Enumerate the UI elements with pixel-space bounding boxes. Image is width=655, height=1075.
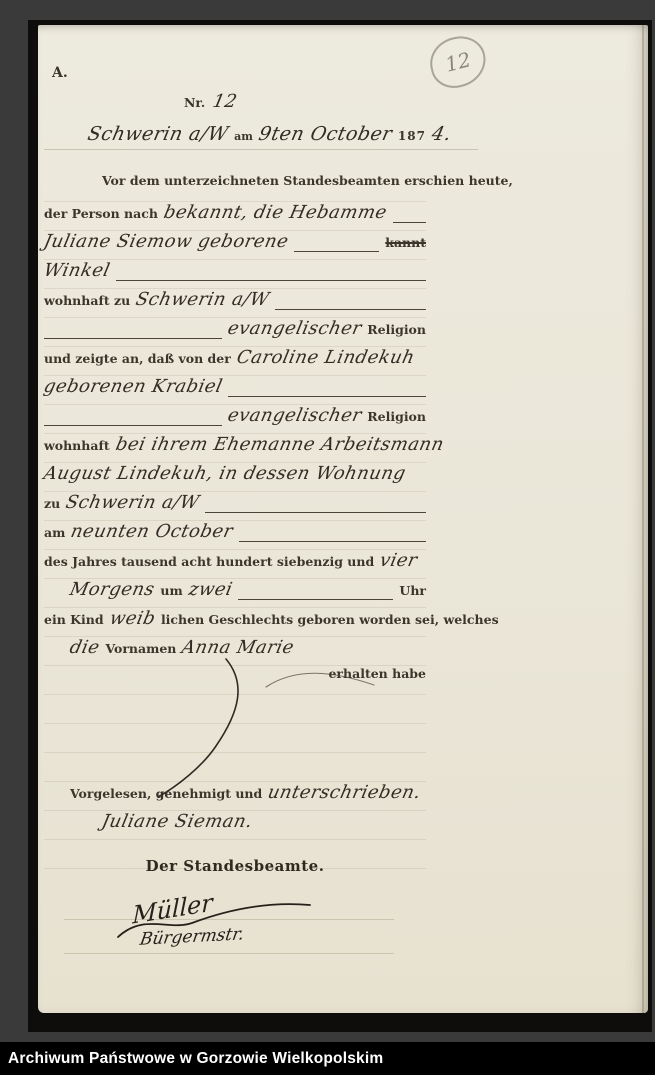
printed-text: um xyxy=(160,583,182,598)
document-line: der Person nachbekannt, die Hebamme xyxy=(44,202,426,231)
scan-viewport: A. 12 Nr. 12 Schwerin a/W am 9ten Octobe… xyxy=(0,0,655,1075)
document-line: evangelischerReligion xyxy=(44,405,426,434)
pencil-page-number-value: 12 xyxy=(443,47,474,76)
form-corner-label: A. xyxy=(52,65,68,81)
document-line: Juliane Sieman. xyxy=(44,811,426,840)
printed-text: des Jahres tausend acht hundert siebenzi… xyxy=(44,554,374,569)
dateline-year-written: 4. xyxy=(430,123,454,145)
hand-text: vier xyxy=(378,550,420,571)
document-line: geborenen Krabiel xyxy=(44,376,426,405)
strike-text: kannt xyxy=(385,235,426,250)
officiant-heading: Der Standesbeamte. xyxy=(44,857,426,875)
printed-text: Religion xyxy=(367,322,426,337)
hand-text: zwei xyxy=(186,579,234,600)
hand-text: neunten October xyxy=(69,521,235,542)
hand-text: Schwerin a/W xyxy=(64,492,202,513)
document-line: und zeigte an, daß von derCaroline Linde… xyxy=(44,347,426,376)
fill-in-rule xyxy=(238,597,393,600)
binding-crease xyxy=(642,25,644,1013)
record-number-label: Nr. xyxy=(184,95,205,110)
fill-in-rule xyxy=(393,220,426,223)
document-line: evangelischerReligion xyxy=(44,318,426,347)
fill-in-rule xyxy=(44,423,222,426)
hand-text: Morgens xyxy=(68,579,157,600)
fill-in-rule xyxy=(205,510,426,513)
printed-text: Vor dem unterzeichneten Standesbeamten e… xyxy=(102,173,513,188)
printed-text: der Person nach xyxy=(44,206,158,221)
document-line: wohnhaftbei ihrem Ehemanne Arbeitsmann xyxy=(44,434,426,463)
fill-in-rule xyxy=(294,249,379,252)
officiant-block: Der Standesbeamte. Müller Bürgermstr. xyxy=(44,851,426,875)
dateline-year-printed: 187 xyxy=(398,129,426,143)
hand-text: bekannt, die Hebamme xyxy=(162,202,389,223)
printed-text: am xyxy=(44,525,65,540)
document-page: A. 12 Nr. 12 Schwerin a/W am 9ten Octobe… xyxy=(38,25,648,1013)
hand-text: Juliane Sieman. xyxy=(100,811,255,832)
printed-text: Uhr xyxy=(399,583,426,598)
signature-rule xyxy=(64,953,394,954)
document-line: MorgensumzweiUhr xyxy=(44,579,426,608)
dateline-place: Schwerin a/W xyxy=(86,123,231,145)
printed-text: wohnhaft zu xyxy=(44,293,130,308)
pen-stroke-mark xyxy=(128,621,398,806)
fill-in-rule xyxy=(44,336,222,339)
fill-in-rule xyxy=(239,539,426,542)
document-line: wohnhaft zuSchwerin a/W xyxy=(44,289,426,318)
printed-text: wohnhaft xyxy=(44,438,110,453)
fill-in-rule xyxy=(116,278,426,281)
document-line: Winkel xyxy=(44,260,426,289)
archive-footer-bar: Archiwum Państwowe w Gorzowie Wielkopols… xyxy=(0,1042,655,1075)
dateline-am-label: am xyxy=(234,130,253,143)
pencil-page-number: 12 xyxy=(425,31,491,93)
dateline-day: 9ten October xyxy=(257,123,395,145)
hand-text: Caroline Lindekuh xyxy=(235,347,417,368)
record-number-line: Nr. 12 xyxy=(184,91,237,112)
hand-text: Juliane Siemow geborene xyxy=(42,231,291,252)
document-line: amneunten October xyxy=(44,521,426,550)
hand-text: geborenen Krabiel xyxy=(42,376,225,397)
document-line: des Jahres tausend acht hundert siebenzi… xyxy=(44,550,426,579)
printed-text: und zeigte an, daß von der xyxy=(44,351,231,366)
printed-text: zu xyxy=(44,496,60,511)
archive-footer-label: Archiwum Państwowe w Gorzowie Wielkopols… xyxy=(0,1050,383,1068)
hand-text: Winkel xyxy=(42,260,112,281)
printed-text: Religion xyxy=(367,409,426,424)
hand-text: evangelischer xyxy=(225,318,363,339)
document-line: zuSchwerin a/W xyxy=(44,492,426,521)
printed-text: ein Kind xyxy=(44,612,104,627)
document-line: Juliane Siemow geborenekannt xyxy=(44,231,426,260)
hand-text: evangelischer xyxy=(225,405,363,426)
record-number-value: 12 xyxy=(211,91,239,112)
hand-text: bei ihrem Ehemanne Arbeitsmann xyxy=(113,434,445,455)
clerk-title-signature: Bürgermstr. xyxy=(138,924,245,950)
hand-text: die xyxy=(68,637,102,658)
fill-in-rule xyxy=(228,394,426,397)
document-line: Vor dem unterzeichneten Standesbeamten e… xyxy=(44,173,426,202)
hand-text: Schwerin a/W xyxy=(134,289,272,310)
document-line: August Lindekuh, in dessen Wohnung xyxy=(44,463,426,492)
dateline: Schwerin a/W am 9ten October 187 4. xyxy=(44,123,478,150)
hand-text: August Lindekuh, in dessen Wohnung xyxy=(42,463,408,484)
fill-in-rule xyxy=(275,307,426,310)
